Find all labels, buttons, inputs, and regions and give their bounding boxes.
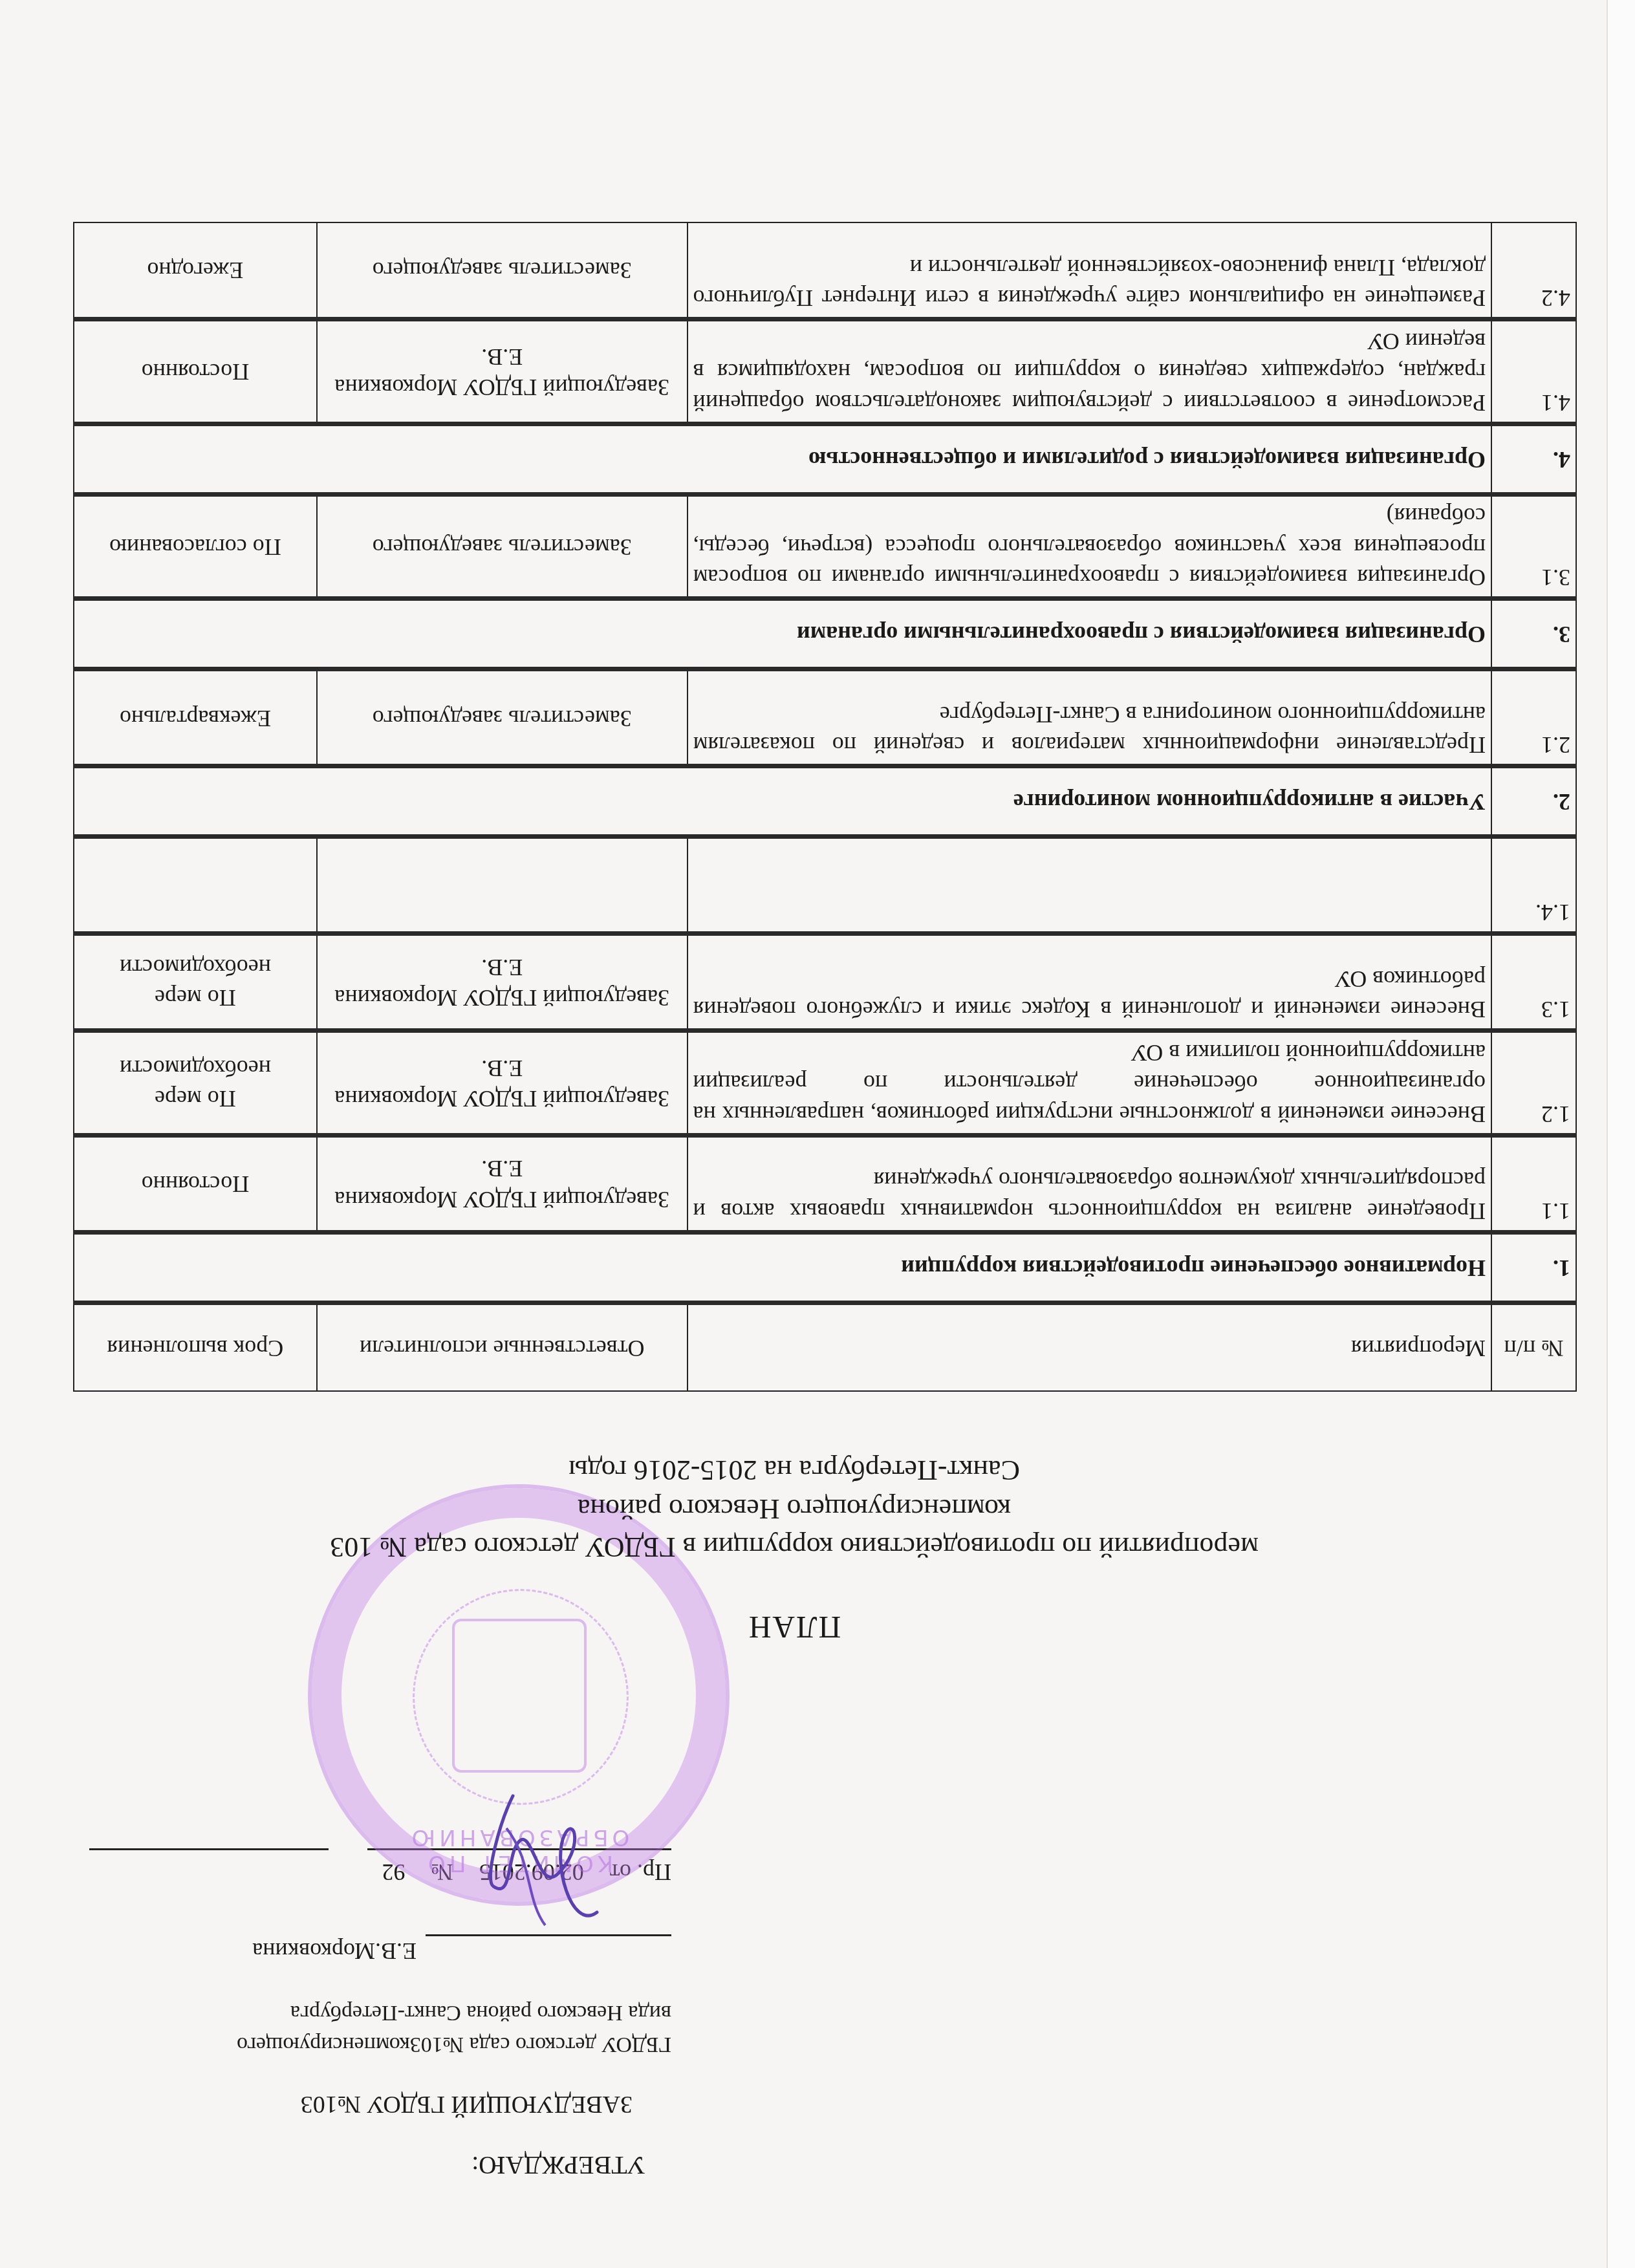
table-row: 1.3Внесение изменений и дополнений в Код… — [74, 934, 1576, 1031]
item-term: По мере необходимости — [74, 934, 317, 1031]
item-responsible: Заведующий ГБДОУ Морковкина Е.В. — [317, 1136, 688, 1233]
order-underline-right — [89, 1848, 329, 1852]
header-responsible: Ответственные исполнители — [317, 1303, 688, 1392]
signatory-name: Е.В.Морковкина — [252, 1934, 417, 1968]
item-responsible: Заместитель заведующего — [317, 669, 688, 766]
item-number: 4.2 — [1491, 222, 1576, 319]
handwritten-signature-icon — [474, 1789, 610, 1938]
header-term: Срок выполнения — [74, 1303, 317, 1392]
section-row: 2.Участие в антикоррупционном мониторинг… — [74, 766, 1576, 837]
item-number: 1.2 — [1491, 1031, 1576, 1136]
section-number: 1. — [1491, 1233, 1576, 1303]
item-responsible: Заведующий ГБДОУ Морковкина Е.В. — [317, 934, 688, 1031]
item-term: Ежеквартально — [74, 669, 317, 766]
item-term: Постоянно — [74, 1136, 317, 1233]
table-body: 1.Нормативное обеспечение противодействи… — [74, 222, 1576, 1303]
item-responsible: Заведующий ГБДОУ Морковкина Е.В. — [317, 1031, 688, 1136]
approval-org-line2: вида Невского района Санкт-Петербурга — [89, 1996, 671, 2028]
item-term: По мере необходимости — [74, 1031, 317, 1136]
section-number: 2. — [1491, 766, 1576, 837]
table-row: 4.1Рассмотрение в соответствии с действу… — [74, 319, 1576, 424]
item-number: 4.1 — [1491, 319, 1576, 424]
item-number: 1.1 — [1491, 1136, 1576, 1233]
plan-table: № п/п Мероприятия Ответственные исполнит… — [73, 222, 1577, 1392]
item-term: По согласованию — [74, 494, 317, 599]
item-action: Размещение на официальном сайте учрежден… — [688, 222, 1491, 319]
item-action: Представление информационных материалов … — [688, 669, 1491, 766]
table-header-row: № п/п Мероприятия Ответственные исполнит… — [74, 1303, 1576, 1392]
section-title: Участие в антикоррупционном мониторинге — [74, 766, 1491, 837]
table-row: 2.1Представление информационных материал… — [74, 669, 1576, 766]
section-row: 3.Организация взаимодействия с правоохра… — [74, 599, 1576, 669]
section-title: Организация взаимодействия с правоохрани… — [74, 599, 1491, 669]
approval-org-line1: ГБДОУ детского сада №103компенсирующего — [89, 2029, 671, 2060]
section-title: Организация взаимодействия с родителями … — [74, 424, 1491, 494]
title-line-2: компенсирующего Невского района — [147, 1489, 1441, 1528]
document-page: УТВЕРЖДАЮ: ЗАВЕДУЮЩИЙ ГБДОУ №103 ГБДОУ д… — [0, 0, 1635, 2268]
scanned-page: УТВЕРЖДАЮ: ЗАВЕДУЮЩИЙ ГБДОУ №103 ГБДОУ д… — [0, 0, 1635, 2268]
section-title: Нормативное обеспечение противодействия … — [74, 1233, 1491, 1303]
item-responsible: Заместитель заведующего — [317, 494, 688, 599]
item-action: Внесение изменений и дополнений в Кодекс… — [688, 934, 1491, 1031]
document-title: ПЛАН мероприятий по противодействию корр… — [147, 1451, 1441, 1647]
item-term: Ежегодно — [74, 222, 317, 319]
approval-head: ЗАВЕДУЮЩИЙ ГБДОУ №103 — [89, 2086, 633, 2122]
table-row: 1.2Внесение изменений в должностные инст… — [74, 1031, 1576, 1136]
item-number: 2.1 — [1491, 669, 1576, 766]
item-responsible: Заместитель заведующего — [317, 222, 688, 319]
header-action: Мероприятия — [688, 1303, 1491, 1392]
item-term: Постоянно — [74, 319, 317, 424]
item-term — [74, 837, 317, 934]
section-number: 3. — [1491, 599, 1576, 669]
table-row: 1.4. — [74, 837, 1576, 934]
signature-line: Е.В.Морковкина — [89, 1934, 671, 1973]
table-row: 1.1Проведение анализа на коррупционность… — [74, 1136, 1576, 1233]
item-action: Внесение изменений в должностные инструк… — [688, 1031, 1491, 1136]
plan-heading: ПЛАН — [147, 1605, 1441, 1647]
item-number: 1.4. — [1491, 837, 1576, 934]
item-action: Рассмотрение в соответствии с действующи… — [688, 319, 1491, 424]
item-responsible — [317, 837, 688, 934]
item-action: Организация взаимодействия с правоохрани… — [688, 494, 1491, 599]
table-row: 3.1Организация взаимодействия с правоохр… — [74, 494, 1576, 599]
table-row: 4.2Размещение на официальном сайте учреж… — [74, 222, 1576, 319]
signature-underline — [426, 1934, 671, 1962]
title-line-1: мероприятий по противодействию коррупции… — [147, 1528, 1441, 1566]
item-responsible: Заведующий ГБДОУ Морковкина Е.В. — [317, 319, 688, 424]
section-number: 4. — [1491, 424, 1576, 494]
item-action: Проведение анализа на коррупционность но… — [688, 1136, 1491, 1233]
title-line-3: Санкт-Петербурга на 2015-2016 годы — [147, 1451, 1441, 1489]
item-number: 3.1 — [1491, 494, 1576, 599]
section-row: 1.Нормативное обеспечение противодействи… — [74, 1233, 1576, 1303]
approval-title: УТВЕРЖДАЮ: — [89, 2146, 645, 2184]
item-number: 1.3 — [1491, 934, 1576, 1031]
header-num: № п/п — [1491, 1303, 1576, 1392]
section-row: 4.Организация взаимодействия с родителям… — [74, 424, 1576, 494]
item-action — [688, 837, 1491, 934]
